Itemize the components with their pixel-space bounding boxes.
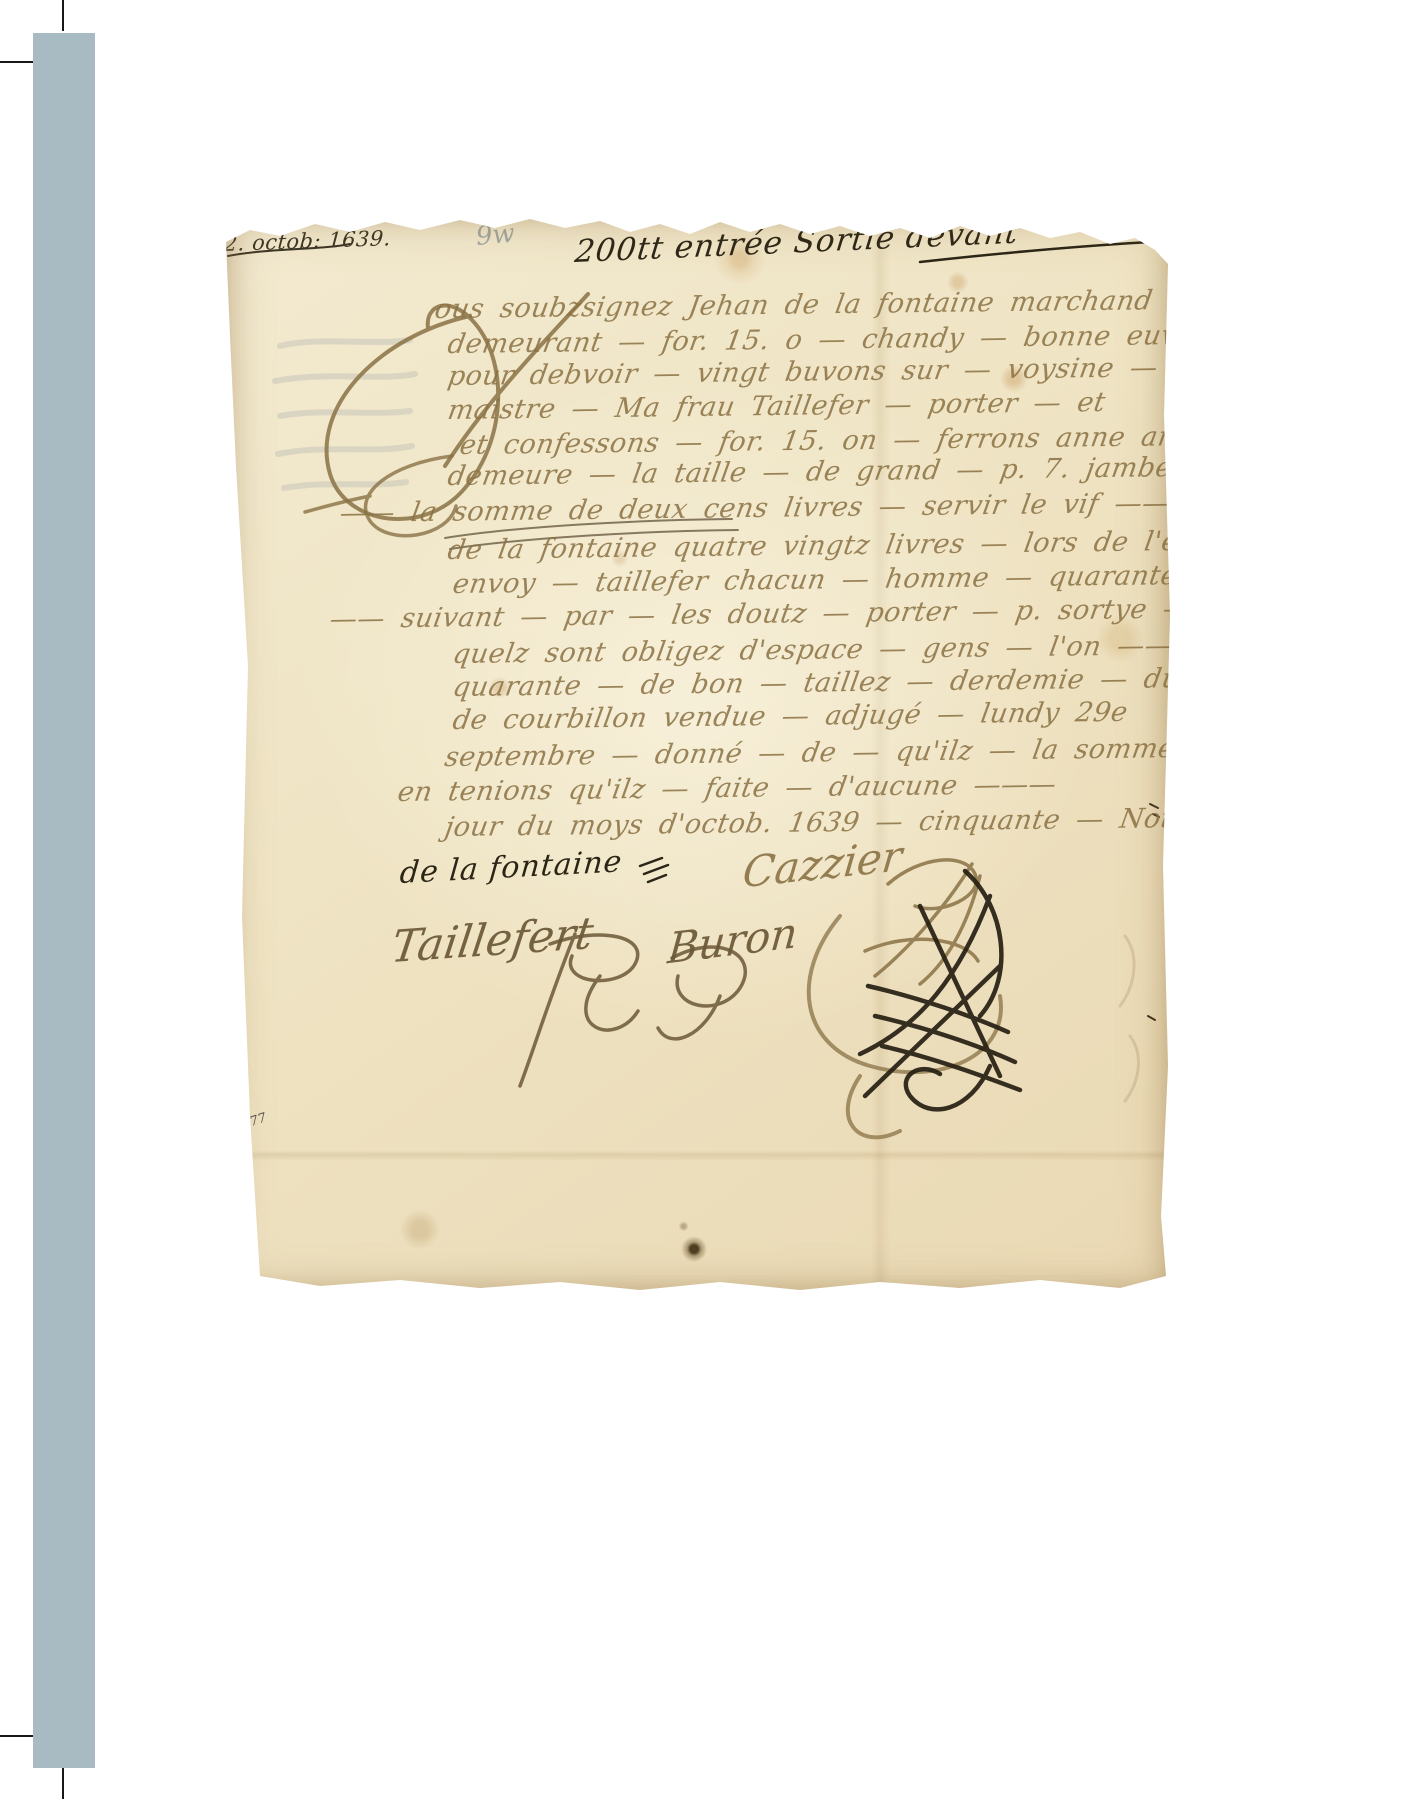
archival-date-note: 2. octob: 1639. (223, 226, 392, 256)
manuscript-line: en tenions qu'ilz — faite — d'aucune ——— (395, 769, 1058, 808)
signature-cazzier: Cazzier (740, 831, 904, 898)
grand-notarial-paraph (860, 871, 1020, 1109)
buron-swirl-flourish (809, 916, 1001, 1137)
bleed-through-ghost-strokes (275, 340, 415, 488)
manuscript-line: de courbillon vendue — adjugé — lundy 29… (450, 697, 1130, 736)
ink-specks (1148, 804, 1159, 1020)
signature-taillefert: Taillefert (388, 908, 596, 974)
manuscript-line: maistre — Ma frau Taillefer — porter — e… (445, 387, 1107, 426)
manuscript-paper: 2. octob: 1639. 9w 200tt entrée Sortie d… (220, 216, 1172, 1300)
trim-mark-bottom-vertical (62, 1768, 64, 1799)
docket-header: 200tt entrée Sortie devant (573, 215, 1021, 271)
pencil-mark-bottom: 777 (240, 1111, 268, 1133)
trim-mark-bottom-horizontal (0, 1735, 33, 1737)
book-page: 2. octob: 1639. 9w 200tt entrée Sortie d… (0, 0, 1428, 1799)
fontaine-paraph (640, 858, 668, 882)
manuscript-line: jour du moys d'octob. 1639 — cinquante —… (442, 803, 1184, 843)
pencil-mark: 9w (475, 219, 516, 252)
manuscript-line: ous soubzsignez Jehan de la fontaine mar… (432, 284, 1253, 325)
signature-buron: Buron (666, 908, 800, 974)
manuscript-line: septembre — donné — de — qu'ilz — la som… (442, 732, 1275, 773)
signature-de-la-fontaine: de la fontaine (398, 844, 623, 891)
spine-color-bar (33, 33, 95, 1768)
trim-mark-top-vertical (62, 0, 64, 31)
right-margin-ghost-strokes (1120, 936, 1138, 1101)
trim-mark-top-horizontal (0, 61, 33, 63)
manuscript-line: —— la somme de deux cens livres — servir… (337, 488, 1200, 529)
